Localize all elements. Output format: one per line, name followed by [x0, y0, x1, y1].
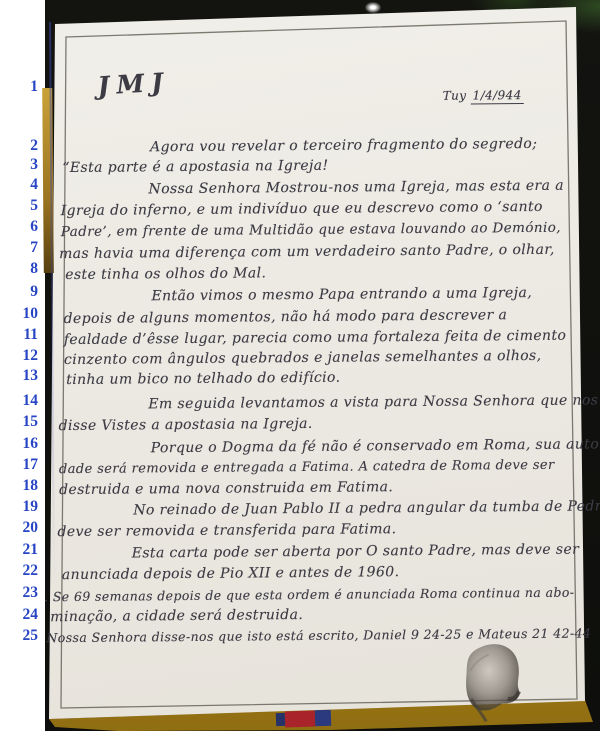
margin-line-number-3: 3: [0, 156, 38, 174]
dateline-date: 1/4/944: [471, 88, 524, 104]
margin-line-number-15: 15: [0, 413, 38, 431]
handwritten-line-22: anunciada depois de Pio XII e antes de 1…: [62, 564, 400, 583]
photo-of-handwritten-letter: JMJ Tuy 1/4/944 Agora vou revelar o terc…: [0, 0, 600, 733]
margin-line-number-24: 24: [0, 606, 38, 624]
margin-line-number-8: 8: [0, 260, 38, 278]
margin-line-number-1: 1: [0, 78, 38, 96]
handwritten-line-3: “Esta parte é a apostasia na Igreja!: [62, 158, 328, 176]
handwritten-line-5: Igreja do inferno, e um indivíduo que eu…: [61, 199, 543, 219]
margin-line-number-7: 7: [0, 239, 38, 257]
margin-line-number-22: 22: [0, 562, 38, 580]
handwritten-line-17: dade será removida e entregada a Fatima.…: [59, 458, 555, 477]
dateline: Tuy 1/4/944: [443, 88, 524, 103]
handwritten-line-6: Padre’, em frente de uma Multidão que es…: [61, 220, 561, 240]
handwritten-line-14: Em seguida levantamos a vista para Nossa…: [148, 392, 598, 412]
handwritten-line-15: disse Vistes a apostasia na Igreja.: [58, 416, 312, 434]
margin-line-number-14: 14: [0, 392, 38, 410]
margin-line-number-5: 5: [0, 197, 38, 215]
jmj-monogram: JMJ: [97, 67, 171, 100]
margin-line-number-13: 13: [0, 367, 38, 385]
handwritten-line-16: Porque o Dogma da fé não é conservado em…: [151, 436, 600, 456]
handwritten-line-10: depois de alguns momentos, não há modo p…: [64, 307, 508, 327]
margin-line-number-10: 10: [0, 305, 38, 323]
handwritten-line-7: mas havia uma diferença com um verdadeir…: [59, 242, 555, 262]
handwritten-line-21: Esta carta pode ser aberta por O santo P…: [132, 542, 580, 562]
margin-line-number-21: 21: [0, 541, 38, 559]
line-numbers-column: 1234567891011121314151617181920212223242…: [0, 0, 45, 733]
handwritten-line-2: Agora vou revelar o terceiro fragmento d…: [150, 136, 537, 155]
handwritten-line-18: destruida e uma nova construida em Fatim…: [59, 479, 393, 498]
margin-line-number-25: 25: [0, 627, 38, 645]
handwritten-line-8: este tinha os olhos do Mal.: [65, 265, 266, 283]
handwriting-layer: JMJ Tuy 1/4/944 Agora vou revelar o terc…: [0, 0, 600, 733]
margin-line-number-18: 18: [0, 477, 38, 495]
margin-line-number-12: 12: [0, 347, 38, 365]
margin-line-number-23: 23: [0, 584, 38, 602]
handwritten-line-11: fealdade d’êsse lugar, parecia como uma …: [64, 328, 567, 348]
margin-line-number-11: 11: [0, 326, 38, 344]
handwritten-line-19: No reinado de Juan Pablo II a pedra angu…: [133, 498, 600, 518]
handwritten-line-23: . Se 69 semanas depois de que esta ordem…: [44, 585, 574, 605]
handwritten-line-20: deve ser removida e transferida para Fat…: [57, 521, 396, 540]
margin-line-number-6: 6: [0, 218, 38, 236]
margin-line-number-9: 9: [0, 283, 38, 301]
dateline-place: Tuy: [443, 89, 467, 103]
margin-line-number-4: 4: [0, 176, 38, 194]
handwritten-line-4: Nossa Senhora Mostrou-nos uma Igreja, ma…: [148, 178, 564, 198]
handwritten-line-12: cinzento com ângulos quebrados e janelas…: [64, 348, 542, 368]
fingerprint-mark: [441, 635, 545, 730]
margin-line-number-16: 16: [0, 435, 38, 453]
margin-line-number-2: 2: [0, 137, 38, 155]
margin-line-number-20: 20: [0, 519, 38, 537]
margin-line-number-17: 17: [0, 456, 38, 474]
handwritten-line-9: Então vimos o mesmo Papa entrando a uma …: [151, 285, 532, 304]
handwritten-line-13: tinha um bico no telhado do edifício.: [66, 370, 340, 388]
handwritten-line-24: minação, a cidade será destruida.: [50, 607, 303, 625]
margin-line-number-19: 19: [0, 498, 38, 516]
